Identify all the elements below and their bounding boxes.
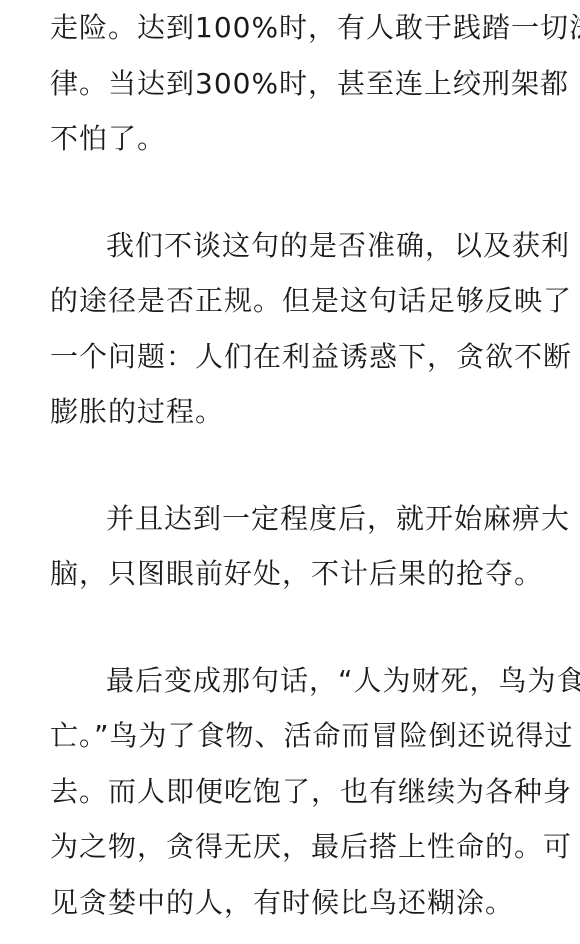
- text-line: 见贪婪中的人，有时候比鸟还糊涂。: [50, 875, 530, 931]
- text-line: 膨胀的过程。: [50, 384, 530, 440]
- paragraph-3: 并且达到一定程度后，就开始麻痹大 脑，只图眼前好处，不计后果的抢夺。: [50, 491, 530, 602]
- text-line: 最后变成那句话，“人为财死，鸟为食: [50, 653, 530, 709]
- text-line: 脑，只图眼前好处，不计后果的抢夺。: [50, 546, 530, 602]
- text-line: 走险。达到100%时，有人敢于践踏一切法: [50, 0, 530, 56]
- text-line: 一个问题：人们在利益诱惑下，贪欲不断: [50, 329, 530, 385]
- text-line: 律。当达到300%时，甚至连上绞刑架都: [50, 56, 530, 112]
- text-line: 不怕了。: [50, 111, 530, 167]
- text-line: 亡。”鸟为了食物、活命而冒险倒还说得过: [50, 708, 530, 764]
- text-line: 为之物，贪得无厌，最后搭上性命的。可: [50, 819, 530, 875]
- paragraph-1: 走险。达到100%时，有人敢于践踏一切法 律。当达到300%时，甚至连上绞刑架都…: [50, 0, 530, 167]
- text-line: 的途径是否正规。但是这句话足够反映了: [50, 273, 530, 329]
- text-line: 我们不谈这句的是否准确，以及获利: [50, 218, 530, 274]
- text-line: 去。而人即便吃饱了，也有继续为各种身: [50, 764, 530, 820]
- paragraph-spacer: [50, 440, 530, 491]
- paragraph-spacer: [50, 602, 530, 653]
- text-line: 并且达到一定程度后，就开始麻痹大: [50, 491, 530, 547]
- paragraph-2: 我们不谈这句的是否准确，以及获利 的途径是否正规。但是这句话足够反映了 一个问题…: [50, 218, 530, 440]
- paragraph-spacer: [50, 167, 530, 218]
- article-body: 走险。达到100%时，有人敢于践踏一切法 律。当达到300%时，甚至连上绞刑架都…: [50, 0, 530, 930]
- paragraph-4: 最后变成那句话，“人为财死，鸟为食 亡。”鸟为了食物、活命而冒险倒还说得过 去。…: [50, 653, 530, 931]
